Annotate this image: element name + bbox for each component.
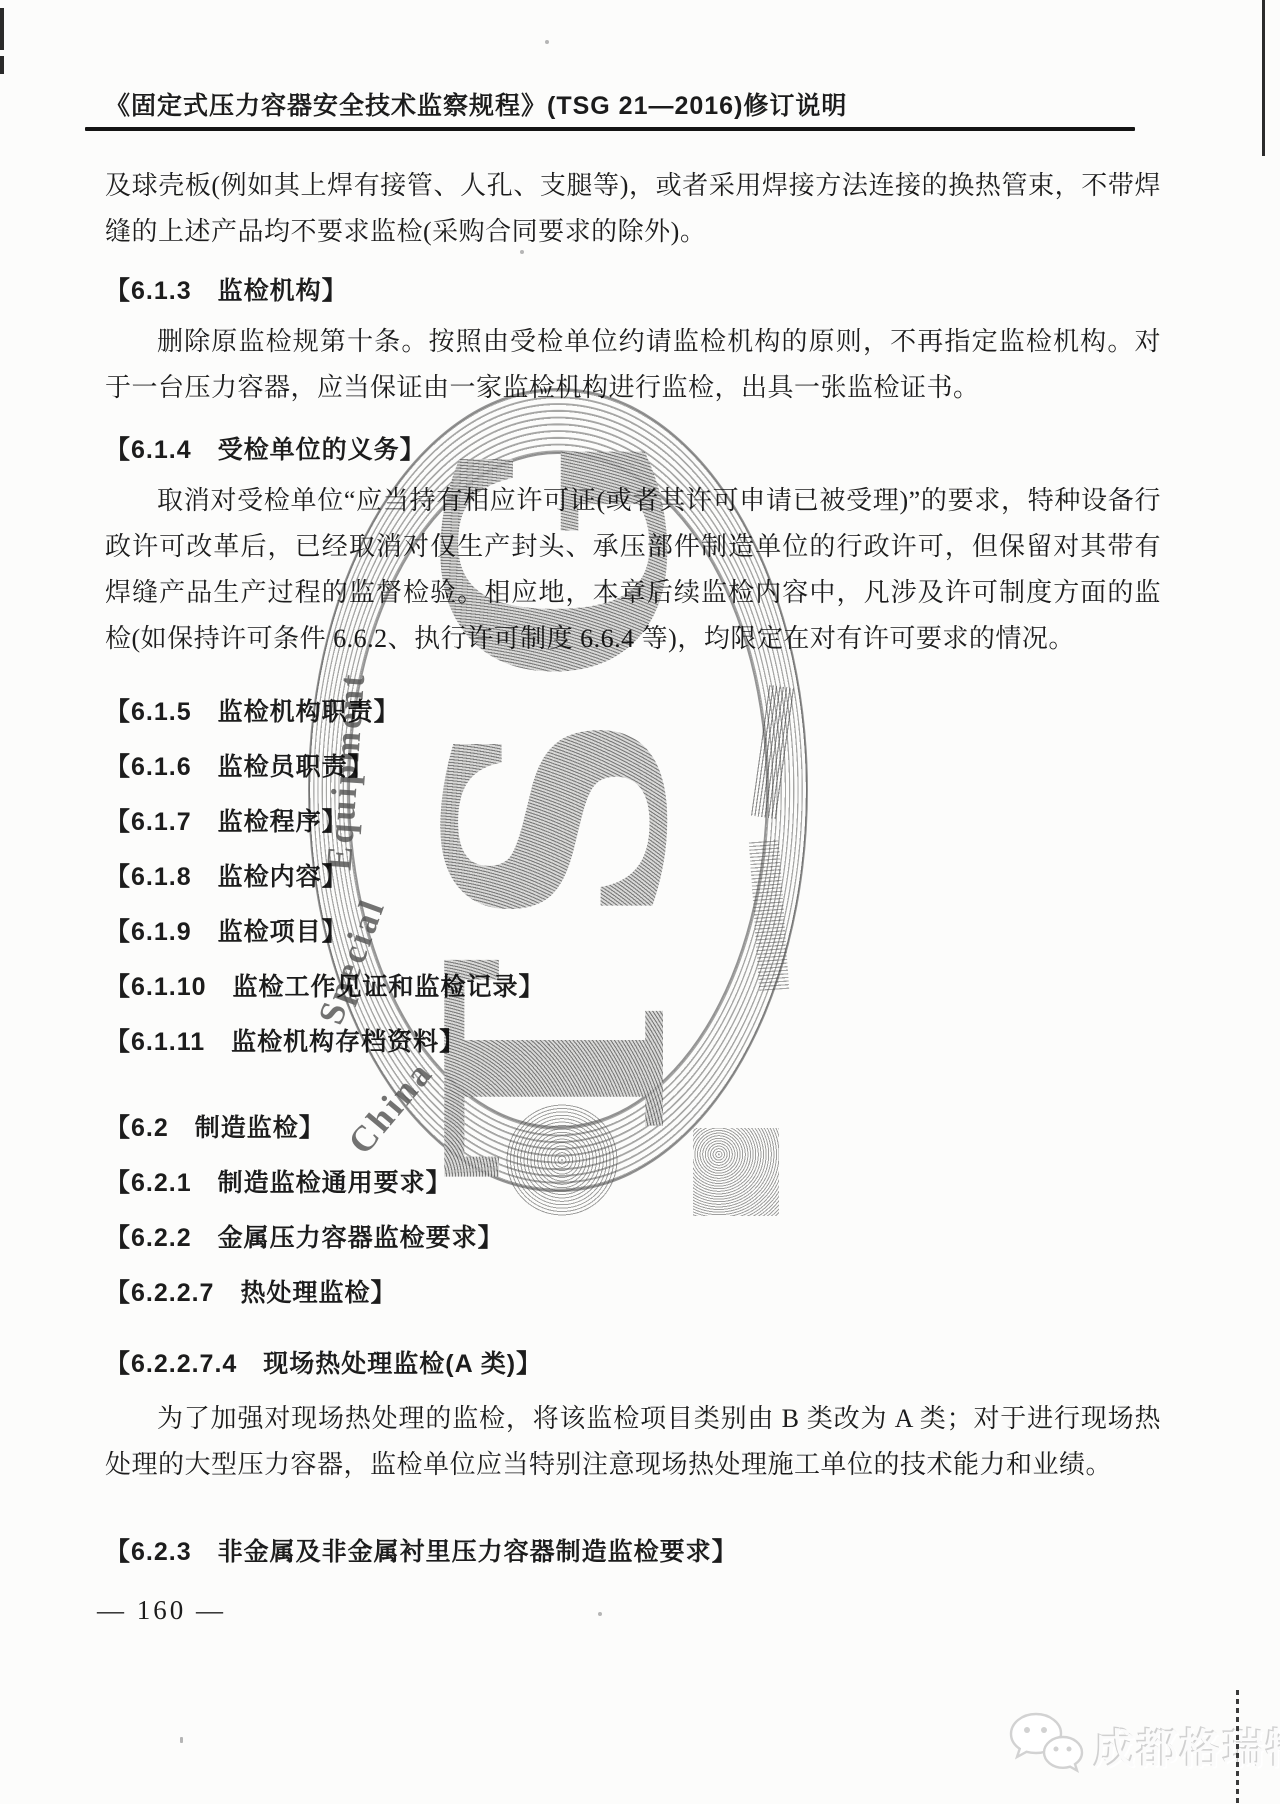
- scan-edge-line-top-right: [1262, 0, 1265, 156]
- scan-speck: [520, 250, 524, 254]
- scanned-document-page: TSG China Special Equipment 《固定式压力容器安全技术…: [0, 0, 1280, 1804]
- section-heading-6-2-3: 【6.2.3 非金属及非金属衬里压力容器制造监检要求】: [105, 1536, 1161, 1568]
- section-heading-6-2-2-7: 【6.2.2.7 热处理监检】: [105, 1277, 1161, 1309]
- section-heading-6-2-2-7-4: 【6.2.2.7.4 现场热处理监检(A 类)】: [105, 1348, 1161, 1380]
- section-heading-6-2-2: 【6.2.2 金属压力容器监检要求】: [105, 1222, 1161, 1254]
- body-paragraph-continuation: 及球壳板(例如其上焊有接管、人孔、支腿等)，或者采用焊接方法连接的换热管束，不带…: [105, 163, 1161, 255]
- section-heading-6-1-6: 【6.1.6 监检员职责】: [105, 751, 1161, 783]
- body-paragraph-6-1-4: 取消对受检单位“应当持有相应许可证(或者其许可申请已被受理)”的要求，特种设备行…: [105, 478, 1161, 662]
- brand-watermark-text: 成都格瑞特: [1094, 1716, 1280, 1775]
- scan-dashed-line-bottom-right: [1236, 1690, 1239, 1804]
- scan-edge-mark-top-left: [0, 8, 4, 74]
- section-heading-6-1-5: 【6.1.5 监检机构职责】: [105, 696, 1161, 728]
- page-number: — 160 —: [97, 1594, 1161, 1626]
- wechat-icon: [1006, 1710, 1084, 1781]
- document-content-column: 《固定式压力容器安全技术监察规程》(TSG 21—2016)修订说明 及球壳板(…: [105, 90, 1161, 1626]
- body-paragraph-6-1-3: 删除原监检规第十条。按照由受检单位约请监检机构的原则，不再指定监检机构。对于一台…: [105, 319, 1161, 411]
- section-heading-6-2: 【6.2 制造监检】: [105, 1112, 1161, 1144]
- body-paragraph-6-2-2-7-4: 为了加强对现场热处理的监检，将该监检项目类别由 B 类改为 A 类；对于进行现场…: [105, 1396, 1161, 1488]
- scan-speck: [545, 40, 549, 44]
- section-heading-6-1-3: 【6.1.3 监检机构】: [105, 275, 1161, 307]
- section-heading-6-1-8: 【6.1.8 监检内容】: [105, 861, 1161, 893]
- section-heading-6-1-11: 【6.1.11 监检机构存档资料】: [105, 1026, 1161, 1058]
- running-header-title: 《固定式压力容器安全技术监察规程》(TSG 21—2016)修订说明: [105, 90, 1161, 122]
- section-heading-6-1-9: 【6.1.9 监检项目】: [105, 916, 1161, 948]
- section-heading-6-1-7: 【6.1.7 监检程序】: [105, 806, 1161, 838]
- section-heading-6-1-4: 【6.1.4 受检单位的义务】: [105, 434, 1161, 466]
- section-heading-6-2-1: 【6.2.1 制造监检通用要求】: [105, 1167, 1161, 1199]
- header-rule: [85, 127, 1135, 131]
- section-heading-6-1-10: 【6.1.10 监检工作见证和监检记录】: [105, 971, 1161, 1003]
- scan-speck: [180, 1737, 183, 1743]
- scan-speck: [598, 1612, 602, 1616]
